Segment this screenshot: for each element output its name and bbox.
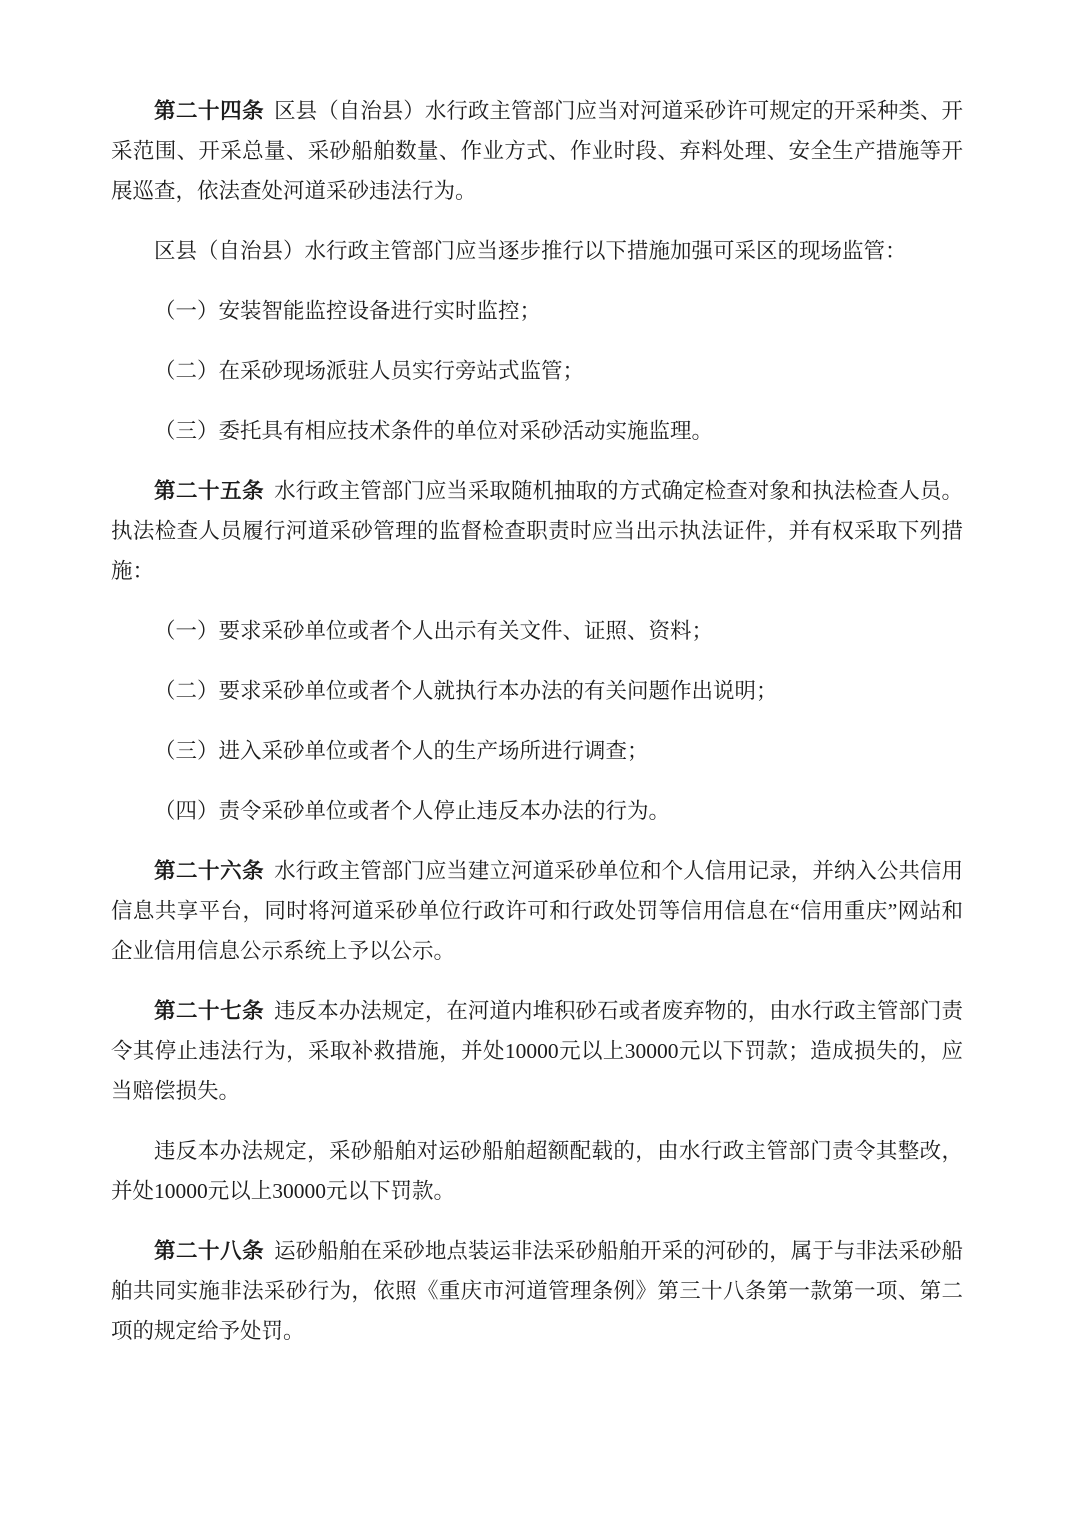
paragraph-text: （二）要求采砂单位或者个人就执行本办法的有关问题作出说明；: [154, 679, 778, 703]
paragraph-article-25: 第二十五条水行政主管部门应当采取随机抽取的方式确定检查对象和执法检查人员。执法检…: [111, 471, 963, 591]
list-item-3-enter-premises: （三）进入采砂单位或者个人的生产场所进行调查；: [111, 731, 963, 771]
list-item-2-explanations: （二）要求采砂单位或者个人就执行本办法的有关问题作出说明；: [111, 671, 963, 711]
article-number: 第二十五条: [154, 479, 264, 503]
list-item-3-entrust-supervision: （三）委托具有相应技术条件的单位对采砂活动实施监理。: [111, 411, 963, 451]
paragraph-article-26: 第二十六条水行政主管部门应当建立河道采砂单位和个人信用记录，并纳入公共信用信息共…: [111, 851, 963, 971]
list-item-1-monitoring: （一）安装智能监控设备进行实时监控；: [111, 291, 963, 331]
paragraph-text: （三）进入采砂单位或者个人的生产场所进行调查；: [154, 739, 649, 763]
article-number: 第二十八条: [154, 1239, 264, 1263]
paragraph-article-28: 第二十八条运砂船舶在采砂地点装运非法采砂船舶开采的河砂的，属于与非法采砂船舶共同…: [111, 1231, 963, 1351]
article-number: 第二十六条: [154, 859, 264, 883]
document-page: 第二十四条区县（自治县）水行政主管部门应当对河道采砂许可规定的开采种类、开采范围…: [0, 0, 1073, 1519]
paragraph-text: （四）责令采砂单位或者个人停止违反本办法的行为。: [154, 799, 670, 823]
paragraph-text: （三）委托具有相应技术条件的单位对采砂活动实施监理。: [154, 419, 713, 443]
paragraph-site-supervision-intro: 区县（自治县）水行政主管部门应当逐步推行以下措施加强可采区的现场监管：: [111, 231, 963, 271]
list-item-2-onsite-staff: （二）在采砂现场派驻人员实行旁站式监管；: [111, 351, 963, 391]
paragraph-text: （一）要求采砂单位或者个人出示有关文件、证照、资料；: [154, 619, 713, 643]
article-number: 第二十七条: [154, 999, 264, 1023]
paragraph-text: （二）在采砂现场派驻人员实行旁站式监管；: [154, 359, 584, 383]
paragraph-text: 违反本办法规定，采砂船舶对运砂船舶超额配载的，由水行政主管部门责令其整改，并处1…: [111, 1139, 963, 1203]
paragraph-article-27-clause-2: 违反本办法规定，采砂船舶对运砂船舶超额配载的，由水行政主管部门责令其整改，并处1…: [111, 1131, 963, 1211]
list-item-4-order-stop: （四）责令采砂单位或者个人停止违反本办法的行为。: [111, 791, 963, 831]
article-number: 第二十四条: [154, 99, 264, 123]
list-item-1-show-documents: （一）要求采砂单位或者个人出示有关文件、证照、资料；: [111, 611, 963, 651]
paragraph-text: 区县（自治县）水行政主管部门应当逐步推行以下措施加强可采区的现场监管：: [154, 239, 907, 263]
paragraph-article-27: 第二十七条违反本办法规定，在河道内堆积砂石或者废弃物的，由水行政主管部门责令其停…: [111, 991, 963, 1111]
paragraph-article-24: 第二十四条区县（自治县）水行政主管部门应当对河道采砂许可规定的开采种类、开采范围…: [111, 91, 963, 211]
paragraph-text: （一）安装智能监控设备进行实时监控；: [154, 299, 541, 323]
